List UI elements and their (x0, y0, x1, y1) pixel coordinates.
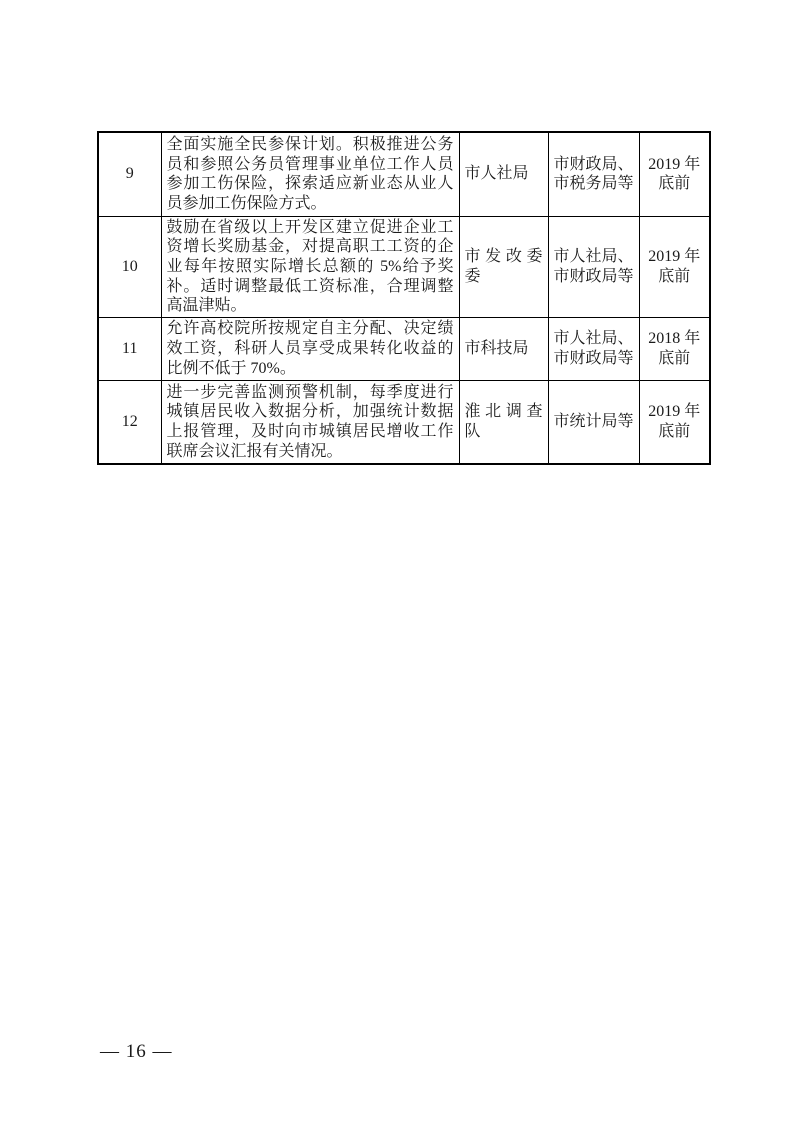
support-unit-cell: 市人社局、市财政局等 (548, 216, 639, 317)
deadline-cell: 2019 年底前 (639, 132, 710, 216)
row-number-cell: 10 (98, 216, 161, 317)
table-row: 11 允许高校院所按规定自主分配、决定绩效工资，科研人员享受成果转化收益的比例不… (98, 317, 710, 380)
row-number-cell: 11 (98, 317, 161, 380)
lead-unit-cell: 市科技局 (459, 317, 548, 380)
deadline-cell: 2019 年底前 (639, 380, 710, 464)
task-cell: 进一步完善监测预警机制，每季度进行城镇居民收入数据分析，加强统计数据上报管理，及… (161, 380, 459, 464)
deadline-cell: 2018 年底前 (639, 317, 710, 380)
support-unit-cell: 市人社局、市财政局等 (548, 317, 639, 380)
task-table: 9 全面实施全民参保计划。积极推进公务员和参照公务员管理事业单位工作人员参加工伤… (97, 131, 711, 465)
task-cell: 鼓励在省级以上开发区建立促进企业工资增长奖励基金，对提高职工工资的企业每年按照实… (161, 216, 459, 317)
row-number-cell: 12 (98, 380, 161, 464)
task-cell: 允许高校院所按规定自主分配、决定绩效工资，科研人员享受成果转化收益的比例不低于 … (161, 317, 459, 380)
support-unit-cell: 市统计局等 (548, 380, 639, 464)
table-row: 12 进一步完善监测预警机制，每季度进行城镇居民收入数据分析，加强统计数据上报管… (98, 380, 710, 464)
lead-unit-cell: 市人社局 (459, 132, 548, 216)
table-row: 10 鼓励在省级以上开发区建立促进企业工资增长奖励基金，对提高职工工资的企业每年… (98, 216, 710, 317)
task-cell: 全面实施全民参保计划。积极推进公务员和参照公务员管理事业单位工作人员参加工伤保险… (161, 132, 459, 216)
row-number-cell: 9 (98, 132, 161, 216)
support-unit-cell: 市财政局、市税务局等 (548, 132, 639, 216)
page-number: — 16 — (100, 1041, 173, 1063)
table-row: 9 全面实施全民参保计划。积极推进公务员和参照公务员管理事业单位工作人员参加工伤… (98, 132, 710, 216)
lead-unit-cell: 市发改委委 (459, 216, 548, 317)
lead-unit-cell: 淮北调查队 (459, 380, 548, 464)
deadline-cell: 2019 年底前 (639, 216, 710, 317)
document-page: 9 全面实施全民参保计划。积极推进公务员和参照公务员管理事业单位工作人员参加工伤… (0, 0, 793, 1122)
